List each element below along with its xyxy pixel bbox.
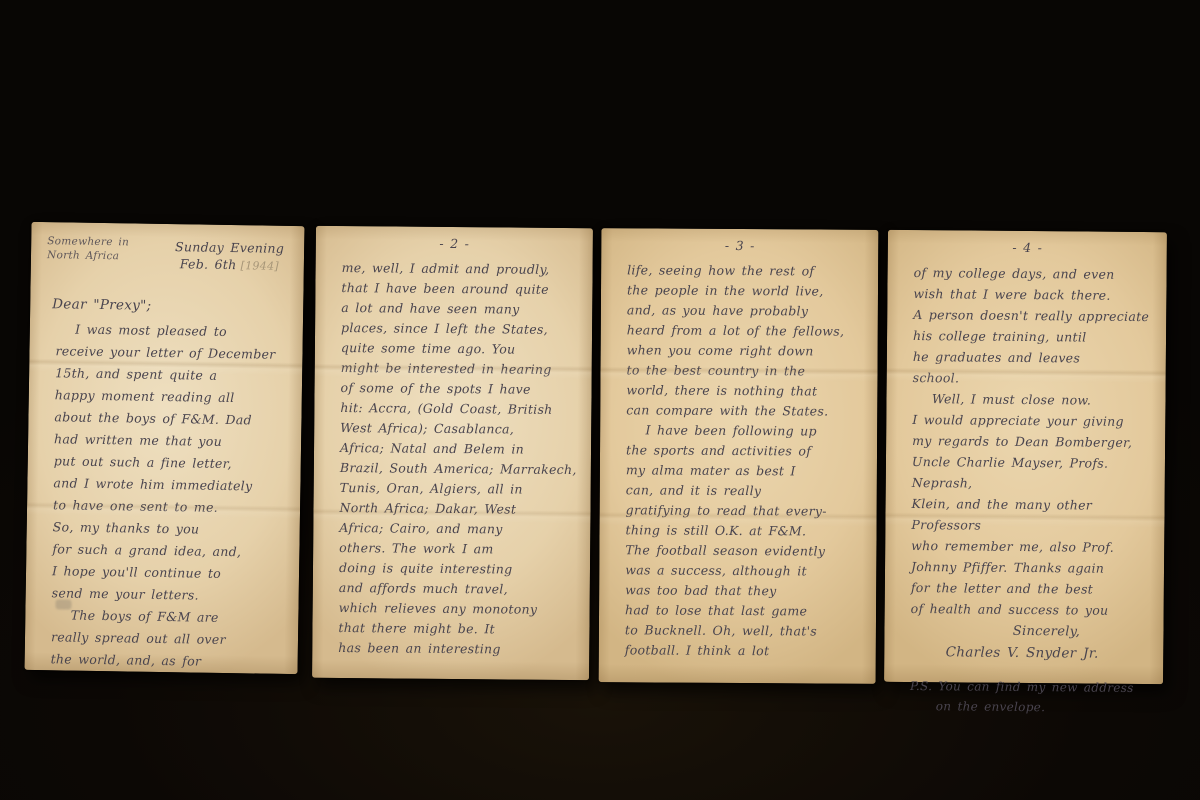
page-number: - 3 - [601,228,878,260]
pencil-smudge [55,599,71,609]
letter-page-3: - 3 - life, seeing how the rest ofthe pe… [599,228,879,684]
pencil-year-note: [1944] [240,259,279,273]
handwriting-line: others. The work I am [339,538,578,560]
handwriting-line: a lot and have seen many [341,298,580,320]
handwriting-line: Well, I must close now. [912,388,1153,411]
handwriting-line: on the envelope. [910,696,1153,718]
page-4-text: of my college days, and evenwish that I … [885,260,1167,621]
annotation-line: North Africa [47,248,129,263]
dateline-day: Sunday Evening [175,238,284,257]
handwriting-line: to the best country in the [626,360,865,381]
handwriting-line: the people in the world live, [627,280,866,301]
handwriting-line: has been an interesting [338,638,577,660]
page-number: - 2 - [316,226,593,258]
handwriting-line: of my college days, and even [914,262,1155,285]
handwriting-line: P.S. You can find my new address [910,676,1153,698]
handwriting-line: wish that I were back there. [913,283,1154,306]
closing: Sincerely, [884,619,1163,640]
handwriting-line: his college training, until [913,325,1154,348]
letter-page-1: Somewhere in North Africa Sunday Evening… [24,222,304,674]
handwriting-line: I have been following up [626,420,865,441]
page-2-text: me, well, I admit and proudly,that I hav… [312,256,592,660]
handwriting-line: who remember me, also Prof. [911,535,1152,558]
handwriting-line: I would appreciate your giving [912,409,1153,432]
handwriting-line: The football season evidently [625,540,864,561]
handwriting-line: thing is still O.K. at F&M. [625,520,864,541]
handwriting-line: Brazil, South America; Marrakech, [340,458,579,480]
handwriting-line: had to lose that last game [625,600,864,621]
handwriting-line: heard from a lot of the fellows, [627,320,866,341]
handwriting-line: Johnny Pfiffer. Thanks again [911,556,1152,579]
location-annotation: Somewhere in North Africa [47,234,129,263]
handwriting-line: gratifying to read that every- [626,500,865,521]
letter-page-2: - 2 - me, well, I admit and proudly,that… [312,226,593,680]
handwriting-line: might be interested in hearing [341,358,580,380]
dateline-date-text: Feb. 6th [180,256,237,272]
handwriting-line: doing is quite interesting [339,558,578,580]
dateline: Sunday Evening Feb. 6th[1944] [175,238,285,275]
photo-background: Somewhere in North Africa Sunday Evening… [0,0,1200,800]
handwriting-line: can compare with the States. [626,400,865,421]
handwriting-line: North Africa; Dakar, West [339,498,578,520]
handwriting-line: quite some time ago. You [341,338,580,360]
annotation-line: Somewhere in [47,234,129,249]
handwriting-line: when you come right down [627,340,866,361]
signature: Charles V. Snyder Jr. [884,638,1163,662]
handwriting-line: which relieves any monotony [339,598,578,620]
handwriting-line: was too bad that they [625,580,864,601]
handwriting-line: Africa; Natal and Belem in [340,438,579,460]
handwriting-line: football. I think a lot [625,640,864,661]
handwriting-line: my alma mater as best I [626,460,865,481]
handwriting-line: my regards to Dean Bomberger, [912,430,1153,453]
handwriting-line: places, since I left the States, [341,318,580,340]
postscript: P.S. You can find my new addresson the e… [884,660,1163,718]
handwriting-line: he graduates and leaves [913,346,1154,369]
handwriting-line: that there might be. It [338,618,577,640]
handwriting-line: hit: Accra, (Gold Coast, British [340,398,579,420]
page-number: - 4 - [888,230,1167,262]
handwriting-line: Uncle Charlie Mayser, Profs. Neprash, [912,451,1153,495]
handwriting-line: was a success, although it [625,560,864,581]
handwriting-line: me, well, I admit and proudly, [342,258,581,280]
handwriting-line: and, as you have probably [627,300,866,321]
handwriting-line: of health and success to you [911,598,1152,621]
handwriting-line: and affords much travel, [339,578,578,600]
dateline-date: Feb. 6th[1944] [175,255,284,275]
handwriting-line: West Africa); Casablanca, [340,418,579,440]
handwriting-line: life, seeing how the rest of [627,260,866,281]
handwriting-line: world, there is nothing that [626,380,865,401]
handwriting-line: A person doesn't really appreciate [913,304,1154,327]
page-1-text: I was most pleased toreceive your letter… [24,318,302,674]
handwriting-line: can, and it is really [626,480,865,501]
handwriting-line: to Bucknell. Oh, well, that's [625,620,864,641]
handwriting-line: the sports and activities of [626,440,865,461]
handwriting-line: for the letter and the best [911,577,1152,600]
handwriting-line: Klein, and the many other Professors [911,493,1152,537]
handwriting-line: school. [913,367,1154,390]
handwriting-line: Africa; Cairo, and many [339,518,578,540]
handwriting-line: the world, and, as for [50,648,285,674]
handwriting-line: that I have been around quite [341,278,580,300]
letter-page-4: - 4 - of my college days, and evenwish t… [884,230,1167,684]
page-3-text: life, seeing how the rest ofthe people i… [599,258,878,662]
handwriting-line: of some of the spots I have [340,378,579,400]
handwriting-line: Tunis, Oran, Algiers, all in [340,478,579,500]
